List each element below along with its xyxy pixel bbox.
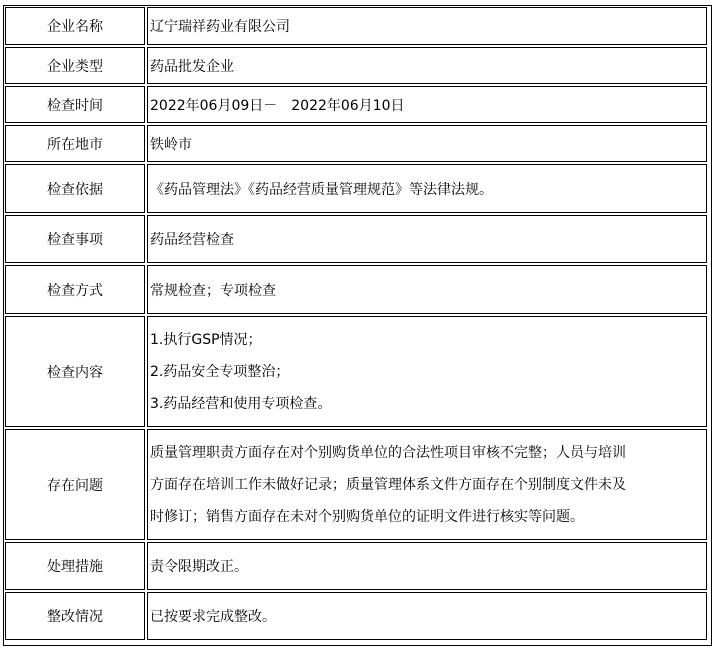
- value-inspection-basis: 《药品管理法》《药品经营质量管理规范》等法律法规。: [147, 164, 707, 213]
- table-row-issues: 存在问题 质量管理职责方面存在对个别购货单位的合法性项目审核不完整；人员与培训 …: [5, 429, 707, 540]
- label-inspection-basis: 检查依据: [5, 164, 145, 213]
- content-line: 1.执行GSP情况；: [150, 324, 702, 356]
- label-measures: 处理措施: [5, 542, 145, 590]
- label-inspection-method: 检查方式: [5, 265, 145, 314]
- value-company-name: 辽宁瑞祥药业有限公司: [147, 7, 707, 45]
- label-rectification: 整改情况: [5, 592, 145, 640]
- table-row-inspection-item: 检查事项 药品经营检查: [5, 215, 707, 263]
- value-issues: 质量管理职责方面存在对个别购货单位的合法性项目审核不完整；人员与培训 方面存在培…: [147, 429, 707, 540]
- value-city: 铁岭市: [147, 125, 707, 162]
- content-line: 3.药品经营和使用专项检查。: [150, 388, 702, 420]
- inspection-info-table: 企业名称 辽宁瑞祥药业有限公司 企业类型 药品批发企业 检查时间 2022年06…: [3, 5, 709, 642]
- table-row-company-name: 企业名称 辽宁瑞祥药业有限公司: [5, 7, 707, 45]
- value-inspection-item: 药品经营检查: [147, 215, 707, 263]
- issues-line: 方面存在培训工作未做好记录；质量管理体系文件方面存在个别制度文件未及: [150, 469, 702, 501]
- table-row-inspection-time: 检查时间 2022年06月09日－ 2022年06月10日: [5, 86, 707, 123]
- value-company-type: 药品批发企业: [147, 47, 707, 84]
- table-row-rectification: 整改情况 已按要求完成整改。: [5, 592, 707, 640]
- label-company-type: 企业类型: [5, 47, 145, 84]
- table-row-city: 所在地市 铁岭市: [5, 125, 707, 162]
- table-row-inspection-basis: 检查依据 《药品管理法》《药品经营质量管理规范》等法律法规。: [5, 164, 707, 213]
- issues-line: 时修订；销售方面存在未对个别购货单位的证明文件进行核实等问题。: [150, 501, 702, 533]
- table-row-inspection-content: 检查内容 1.执行GSP情况； 2.药品安全专项整治； 3.药品经营和使用专项检…: [5, 316, 707, 427]
- label-company-name: 企业名称: [5, 7, 145, 45]
- value-rectification: 已按要求完成整改。: [147, 592, 707, 640]
- table-row-inspection-method: 检查方式 常规检查；专项检查: [5, 265, 707, 314]
- value-inspection-content: 1.执行GSP情况； 2.药品安全专项整治； 3.药品经营和使用专项检查。: [147, 316, 707, 427]
- label-inspection-item: 检查事项: [5, 215, 145, 263]
- label-city: 所在地市: [5, 125, 145, 162]
- table-row-company-type: 企业类型 药品批发企业: [5, 47, 707, 84]
- value-inspection-method: 常规检查；专项检查: [147, 265, 707, 314]
- table-row-measures: 处理措施 责令限期改正。: [5, 542, 707, 590]
- label-inspection-time: 检查时间: [5, 86, 145, 123]
- issues-line: 质量管理职责方面存在对个别购货单位的合法性项目审核不完整；人员与培训: [150, 437, 702, 469]
- value-inspection-time: 2022年06月09日－ 2022年06月10日: [147, 86, 707, 123]
- value-measures: 责令限期改正。: [147, 542, 707, 590]
- label-inspection-content: 检查内容: [5, 316, 145, 427]
- label-issues: 存在问题: [5, 429, 145, 540]
- content-line: 2.药品安全专项整治；: [150, 356, 702, 388]
